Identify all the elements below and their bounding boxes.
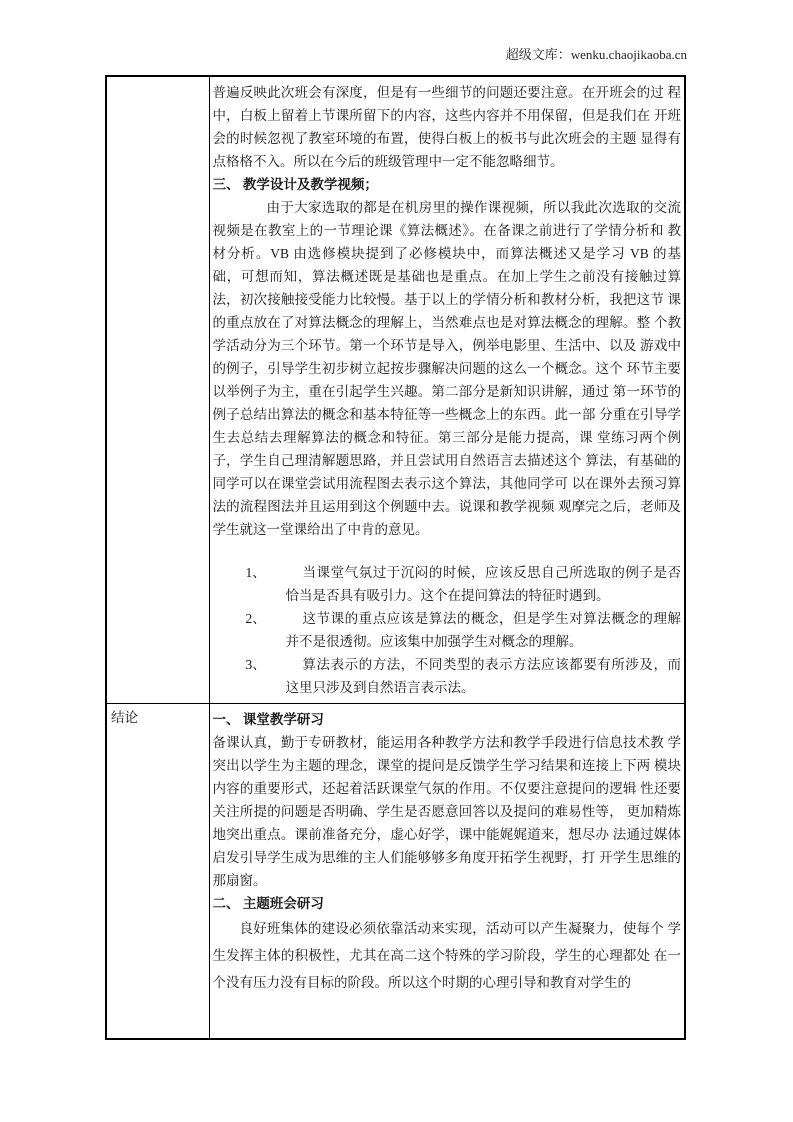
table-row-conclusion: 结论 一、 课堂教学研习 备课认真，勤于专研教材，能运用各种教学方法和教学手段进… (106, 704, 685, 1039)
site-watermark: 超级文库：wenku.chaojikaoba.cn (506, 44, 687, 63)
teaching-design-paragraph: 由于大家选取的都是在机房里的操作课视频，所以我此次选取的交流 视频是在教室上的一… (213, 196, 682, 541)
conclusion-content-cell: 一、 课堂教学研习 备课认真，勤于专研教材，能运用各种教学方法和教学手段进行信息… (209, 704, 685, 1039)
list-item-text: 这节课的重点应该是算法的概念，但是学生对算法概念的理解 并不是很透彻。应该集中加… (286, 611, 682, 649)
section-heading-teaching-design: 三、 教学设计及教学视频； (213, 173, 682, 196)
critique-list: 1、 当课堂气氛过于沉闷的时候，应该反思自己所选取的例子是否 恰当是否具有吸引力… (213, 561, 682, 699)
content-table: 普遍反映此次班会有深度，但是有一些细节的问题还要注意。在开班会的过 程中，白板上… (105, 75, 686, 1040)
feedback-paragraph: 普遍反映此次班会有深度，但是有一些细节的问题还要注意。在开班会的过 程中，白板上… (213, 81, 682, 173)
classroom-teaching-paragraph: 备课认真，勤于专研教材，能运用各种教学方法和教学手段进行信息技术教 学突出以学生… (213, 731, 682, 892)
row-label-cell-empty (106, 76, 209, 704)
list-item-number: 2、 (246, 607, 266, 630)
section-heading-classroom-teaching: 一、 课堂教学研习 (213, 708, 682, 731)
row-label-conclusion: 结论 (106, 704, 209, 1039)
list-item: 3、 算法表示的方法，不同类型的表示方法应该都要有所涉及，而 这里只涉及到自然语… (213, 653, 682, 699)
list-item-number: 3、 (246, 653, 266, 676)
class-meeting-paragraph: 良好班集体的建设必须依靠活动来实现，活动可以产生凝聚力，使每个 学生发挥主体的积… (213, 915, 682, 996)
section-heading-class-meeting: 二、 主题班会研习 (213, 892, 682, 915)
list-item: 1、 当课堂气氛过于沉闷的时候，应该反思自己所选取的例子是否 恰当是否具有吸引力… (213, 561, 682, 607)
document-page: 超级文库：wenku.chaojikaoba.cn 普遍反映此次班会有深度，但是… (0, 0, 793, 1122)
feedback-content-cell: 普遍反映此次班会有深度，但是有一些细节的问题还要注意。在开班会的过 程中，白板上… (209, 76, 685, 704)
list-item-text: 当课堂气氛过于沉闷的时候，应该反思自己所选取的例子是否 恰当是否具有吸引力。这个… (286, 565, 682, 603)
list-item-number: 1、 (246, 561, 266, 584)
list-item: 2、 这节课的重点应该是算法的概念，但是学生对算法概念的理解 并不是很透彻。应该… (213, 607, 682, 653)
table-row-feedback: 普遍反映此次班会有深度，但是有一些细节的问题还要注意。在开班会的过 程中，白板上… (106, 76, 685, 704)
list-item-text: 算法表示的方法，不同类型的表示方法应该都要有所涉及，而 这里只涉及到自然语言表示… (286, 657, 682, 695)
